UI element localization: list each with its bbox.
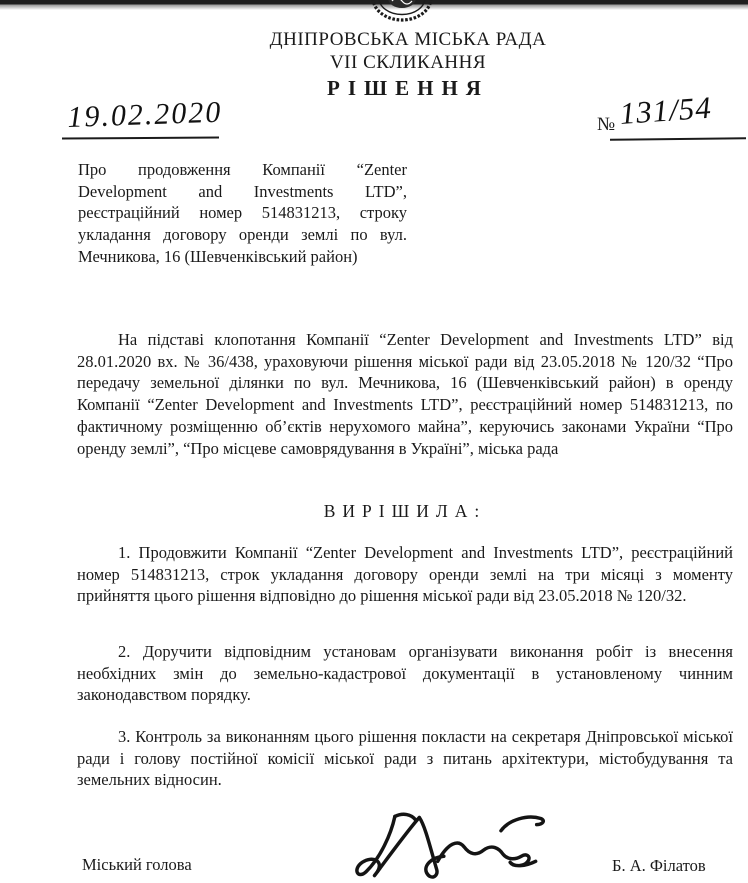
resolution-heading: ВИРІШИЛА: [77,501,733,522]
resolution-item-1: 1. Продовжити Компанії “Zenter Developme… [77,542,733,607]
preamble-paragraph: На підставі клопотання Компанії “Zenter … [77,329,733,459]
decision-number-handwritten: 131/54 [618,90,712,132]
city-emblem-icon [370,0,434,22]
resolution-item-3: 3. Контроль за виконанням цього рішення … [77,726,733,791]
resolution-item-2: 2. Доручити відповідним установам органі… [77,641,733,706]
number-underline [610,137,746,140]
date-underline [62,136,219,139]
official-signature-icon [350,808,554,882]
number-sign-label: № [597,114,615,136]
council-name: ДНІПРОВСЬКА МІСЬКА РАДА [68,30,748,49]
signatory-name: Б. А. Філатов [612,856,706,876]
document-header: ДНІПРОВСЬКА МІСЬКА РАДА VII СКЛИКАННЯ РІ… [68,30,748,99]
convocation-label: VII СКЛИКАННЯ [68,53,748,72]
subject-paragraph: Про продовження Компанії “Zenter Develop… [78,159,407,268]
signature-title: Міський голова [82,855,192,875]
decision-date-handwritten: 19.02.2020 [67,96,223,135]
document-page: ДНІПРОВСЬКА МІСЬКА РАДА VII СКЛИКАННЯ РІ… [0,0,748,883]
